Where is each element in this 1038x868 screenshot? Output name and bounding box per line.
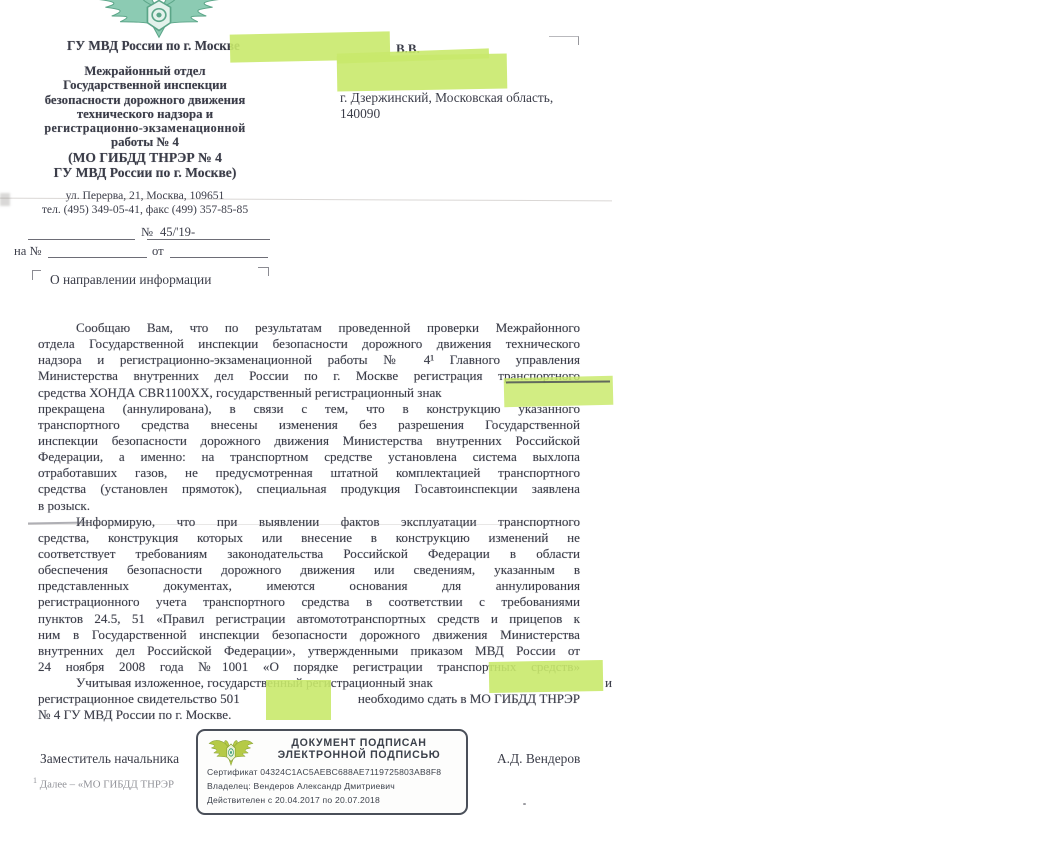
electronic-signature-stamp: ДОКУМЕНТ ПОДПИСАН ЭЛЕКТРОННОЙ ПОДПИСЬЮ С… xyxy=(196,729,468,815)
corner-mark xyxy=(549,36,579,45)
text-line: пунктов 24.5, 51 «Правил регистрации авт… xyxy=(38,611,580,627)
ref-number-label: на № xyxy=(14,244,42,259)
text-line: работы № 4 xyxy=(4,135,286,149)
text-line: Государственной инспекции xyxy=(4,78,286,92)
form-line xyxy=(48,257,147,258)
ref-date-label: от xyxy=(152,244,164,259)
corner-mark xyxy=(258,267,269,276)
stamp-details: Сертификат 04324C1AC5AEBC688AE7119725803… xyxy=(207,766,441,807)
scan-speck xyxy=(523,803,526,805)
form-line xyxy=(170,257,268,258)
text-line: ним в Государственной инспекции безопасн… xyxy=(38,627,580,643)
text-line: инспекции безопасности дорожного движени… xyxy=(38,433,580,449)
text-line: средства (установлен прямоток), специаль… xyxy=(38,481,580,497)
stamp-owner: Владелец: Вендеров Александр Дмитриевич xyxy=(207,780,441,794)
scanned-letter-page: ГУ МВД России по г. Москве В.В. Межрайон… xyxy=(0,0,1038,868)
text-line: Информирую, что при выявлении фактов экс… xyxy=(38,514,580,530)
text-line: соответствует требованиям законодательст… xyxy=(38,546,580,562)
stamp-title-line1: ДОКУМЕНТ ПОДПИСАН xyxy=(256,737,462,749)
text-line: Межрайонный отдел xyxy=(4,64,286,78)
stamp-certificate: Сертификат 04324C1AC5AEBC688AE7119725803… xyxy=(207,766,441,780)
doc-number-value: 45/'19- xyxy=(160,225,195,240)
body-paragraph-2: Информирую, что при выявлении фактов экс… xyxy=(38,514,580,675)
text-line: надзора и регистрационно-экзаменационной… xyxy=(38,352,580,368)
text-line: технического надзора и xyxy=(4,107,286,121)
text-line: средства, конструкция которых или внесен… xyxy=(38,530,580,546)
text-line: безопасности дорожного движения xyxy=(4,93,286,107)
text-line: (МО ГИБДД ТНРЭР № 4 xyxy=(4,150,286,165)
text-line: прекращена (аннулирована), в связи с тем… xyxy=(38,401,580,417)
text-line: в розыск. xyxy=(38,498,580,514)
text-line: внутренних дел Российской Федерации», ут… xyxy=(38,643,580,659)
letterhead-street: ул. Перерва, 21, Москва, 109651 xyxy=(4,189,286,202)
letterhead-abbreviation: (МО ГИБДД ТНРЭР № 4ГУ МВД России по г. М… xyxy=(4,150,286,180)
stamp-title: ДОКУМЕНТ ПОДПИСАН ЭЛЕКТРОННОЙ ПОДПИСЬЮ xyxy=(256,737,462,762)
redaction-highlight xyxy=(266,680,331,720)
signatory-position: Заместитель начальника xyxy=(40,751,179,767)
text-line: Сообщаю Вам, что по результатам проведен… xyxy=(38,320,580,336)
org-heading: ГУ МВД России по г. Москве xyxy=(67,38,240,54)
text-line: регистрационного учета транспортного сре… xyxy=(38,594,580,610)
stamp-title-line2: ЭЛЕКТРОННОЙ ПОДПИСЬЮ xyxy=(256,749,462,761)
text-line: Федерации, а именно: на транспортном сре… xyxy=(38,449,580,465)
footnote-text: Далее – «МО ГИБДД ТНРЭР xyxy=(37,779,174,791)
scan-smudge xyxy=(0,193,10,206)
subject-line: О направлении информации xyxy=(50,272,211,288)
stamp-validity: Действителен с 20.04.2017 по 20.07.2018 xyxy=(207,794,441,808)
corner-mark xyxy=(32,270,41,280)
text-line: отработавших газов, не предусмотренная ш… xyxy=(38,465,580,481)
redaction-highlight xyxy=(337,54,508,92)
text-line: представленных документах, имеются основ… xyxy=(38,578,580,594)
footnote: 1 Далее – «МО ГИБДД ТНРЭР xyxy=(33,776,174,791)
redaction-highlight xyxy=(489,660,604,693)
form-line xyxy=(147,239,270,240)
text-line: ГУ МВД России по г. Москве) xyxy=(4,165,286,180)
text-line: обеспечения безопасности дорожного движе… xyxy=(38,562,580,578)
text-line: средства ХОНДА CBR1100XX, государственны… xyxy=(38,385,580,401)
letterhead-department: Межрайонный отделГосударственной инспекц… xyxy=(4,64,286,150)
doc-number-label: № xyxy=(141,225,153,240)
recipient-postcode: 140090 xyxy=(340,106,380,122)
form-line xyxy=(28,239,135,240)
text-line: отдела Государственной инспекции безопас… xyxy=(38,336,580,352)
text-line: Министерства внутренних дел России по г.… xyxy=(38,368,580,384)
text-line: транспортного средства внесены изменения… xyxy=(38,417,580,433)
scan-crease xyxy=(28,524,576,525)
text-line: регистрационно-экзаменационной xyxy=(4,121,286,135)
letterhead-phone: тел. (495) 349-05-41, факс (499) 357-85-… xyxy=(4,203,286,216)
signatory-name: А.Д. Вендеров xyxy=(497,751,580,767)
body-paragraph-1: Сообщаю Вам, что по результатам проведен… xyxy=(38,320,580,514)
recipient-city: г. Дзержинский, Московская область, xyxy=(340,90,553,106)
